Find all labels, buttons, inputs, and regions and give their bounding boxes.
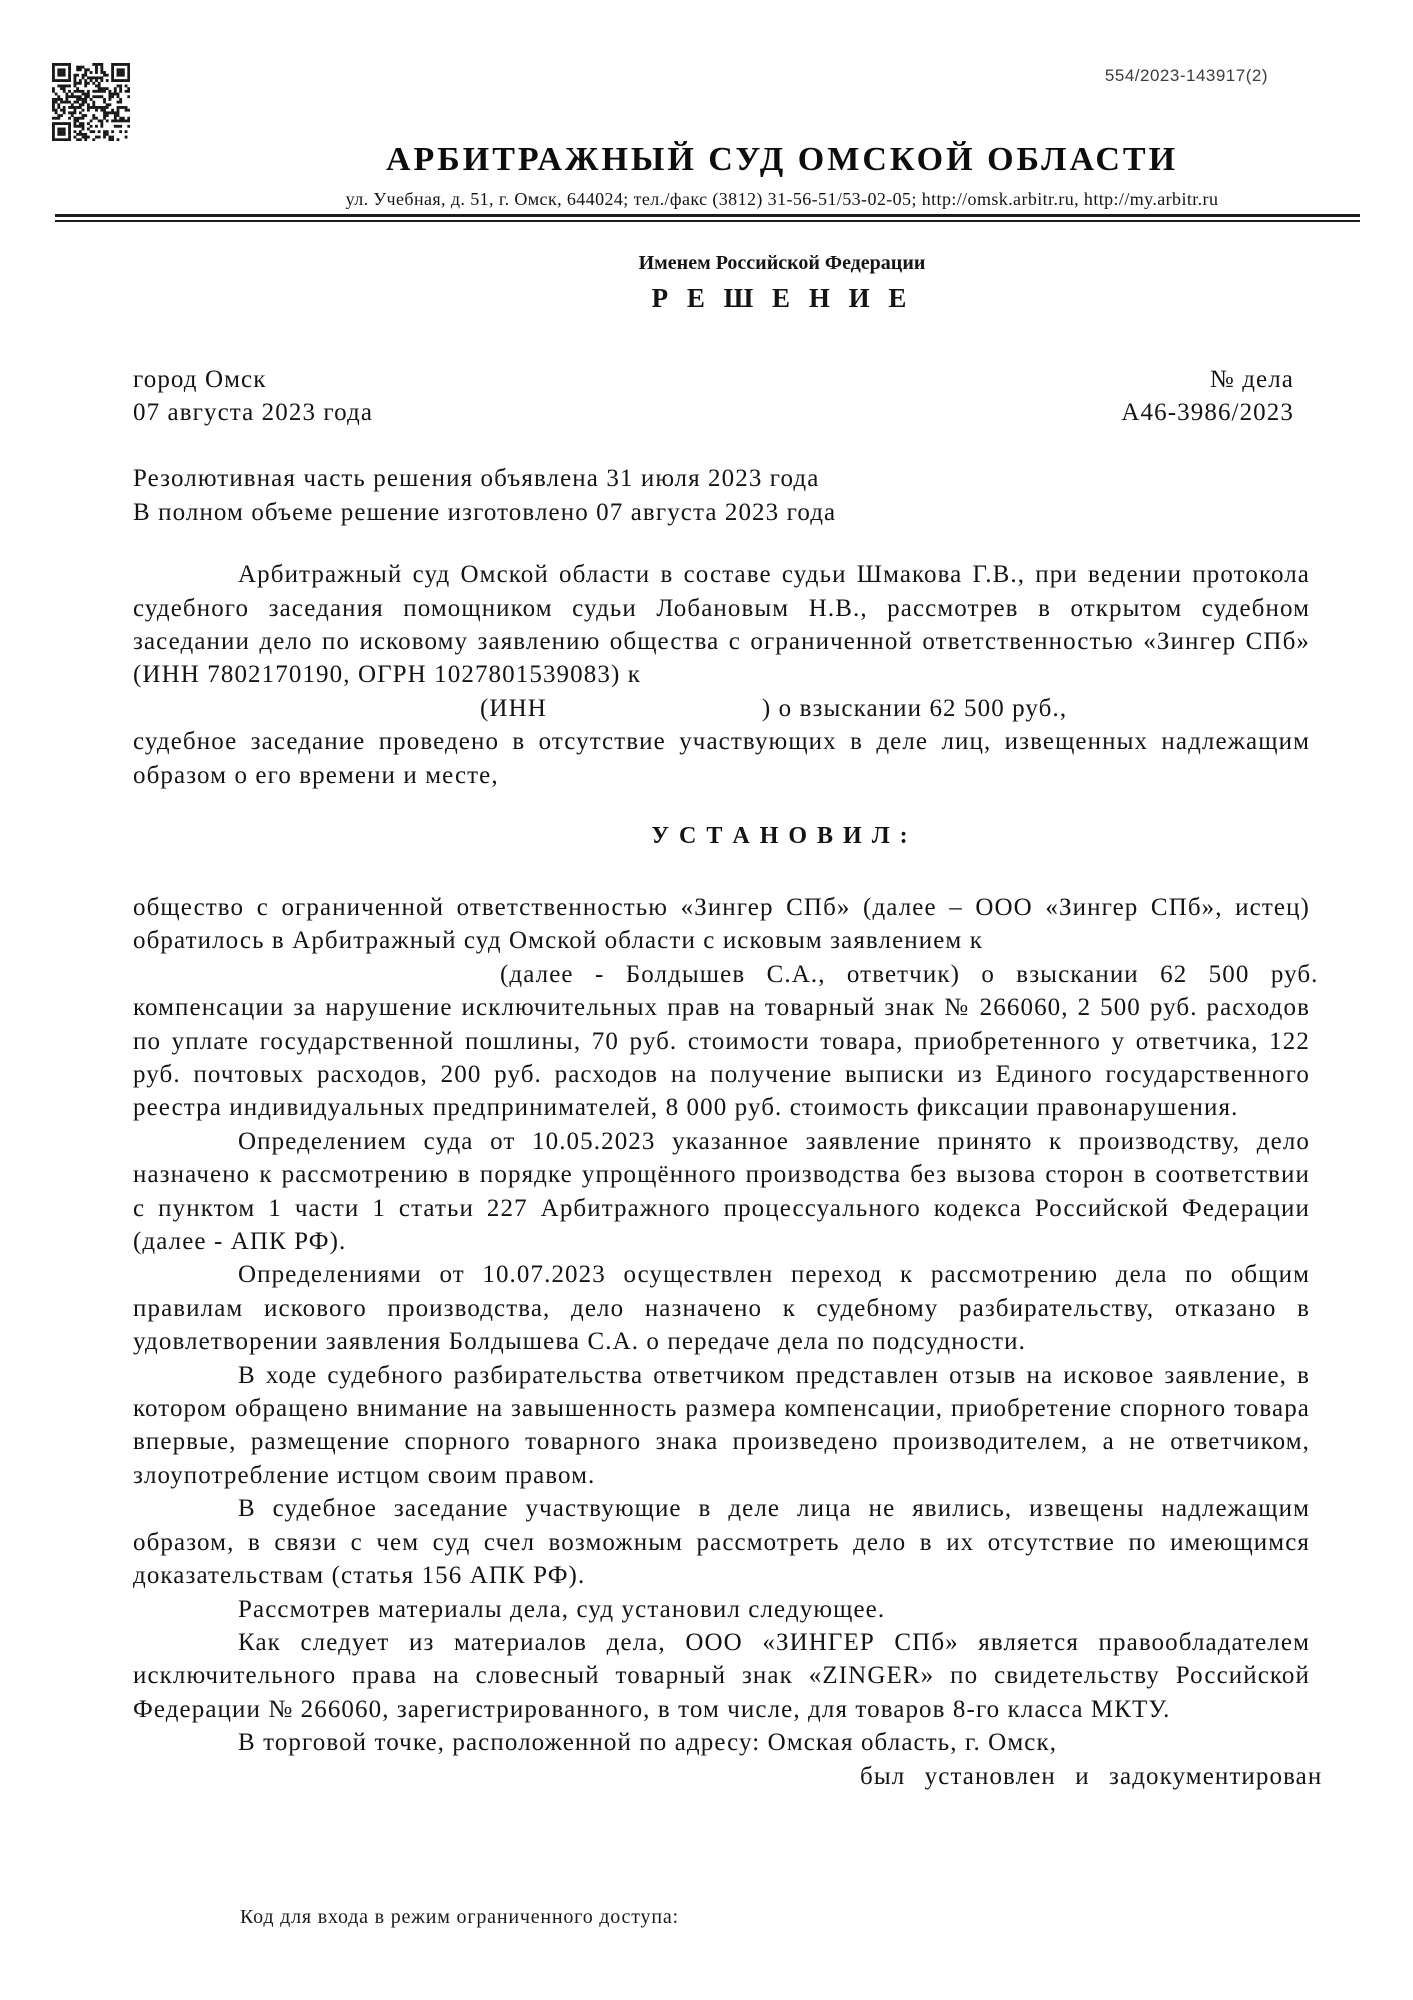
decision-date: 07 августа 2023 года (133, 396, 373, 429)
inn-suffix: ) о взыскании 62 500 руб., (762, 695, 1067, 722)
case-number: А46-3986/2023 (1121, 396, 1294, 429)
ruling-10-07-paragraph: Определениями от 10.07.2023 осуществлен … (133, 1258, 1310, 1358)
resolutive-block: Резолютивная часть решения объявлена 31 … (133, 462, 1310, 529)
response-paragraph: В ходе судебного разбирательства ответчи… (133, 1359, 1310, 1493)
case-info-row-2: 07 августа 2023 года А46-3986/2023 (133, 396, 1294, 429)
ruling-10-05-paragraph: Определением суда от 10.05.2023 указанно… (133, 1125, 1310, 1259)
case-info-block: город Омск № дела 07 августа 2023 года А… (133, 363, 1310, 430)
in-the-name-line: Именем Российской Федерации (0, 250, 1413, 277)
retail-point-paragraph: В торговой точке, расположенной по адрес… (133, 1726, 1310, 1759)
inn-prefix: (ИНН (480, 695, 547, 722)
trademark-paragraph: Как следует из материалов дела, ООО «ЗИН… (133, 1626, 1310, 1726)
document-body: город Омск № дела 07 августа 2023 года А… (133, 363, 1310, 1793)
access-code-label: Код для входа в режим ограниченного дост… (240, 1906, 679, 1929)
defendant-redacted-line: (далее - Болдышев С.А., ответчик) о взыс… (133, 958, 1310, 991)
decision-title: Р Е Ш Е Н И Е (0, 280, 1413, 316)
case-info-row-1: город Омск № дела (133, 363, 1294, 396)
header-divider-thin-line (55, 220, 1360, 222)
document-number: 554/2023-143917(2) (1105, 66, 1268, 86)
header-divider (55, 214, 1360, 222)
resolutive-line: Резолютивная часть решения объявлена 31 … (133, 462, 1310, 495)
redacted-inn-line: (ИНН) о взыскании 62 500 руб., (133, 692, 1310, 725)
documented-line: был установлен и задокументирован (860, 1760, 1310, 1793)
qr-code-icon (52, 63, 130, 141)
absence-paragraph: В судебное заседание участвующие в деле … (133, 1492, 1310, 1592)
compensation-paragraph: компенсации за нарушение исключительных … (133, 991, 1310, 1125)
court-address: ул. Учебная, д. 51, г. Омск, 644024; тел… (0, 188, 1413, 210)
claim-paragraph: общество с ограниченной ответственностью… (133, 891, 1310, 958)
court-decision-page: 554/2023-143917(2) АРБИТРАЖНЫЙ СУД ОМСКО… (0, 0, 1413, 2000)
court-name: АРБИТРАЖНЫЙ СУД ОМСКОЙ ОБЛАСТИ (0, 140, 1413, 180)
intro-paragraph: Арбитражный суд Омской области в составе… (133, 558, 1310, 692)
ustanovil-heading: У С Т А Н О В И Л : (133, 821, 1310, 852)
city-label: город Омск (133, 363, 267, 396)
hearing-absence-paragraph: судебное заседание проведено в отсутстви… (133, 725, 1310, 792)
full-volume-line: В полном объеме решение изготовлено 07 а… (133, 496, 1310, 529)
case-number-label: № дела (1210, 363, 1294, 396)
materials-paragraph: Рассмотрев материалы дела, суд установил… (133, 1593, 1310, 1626)
